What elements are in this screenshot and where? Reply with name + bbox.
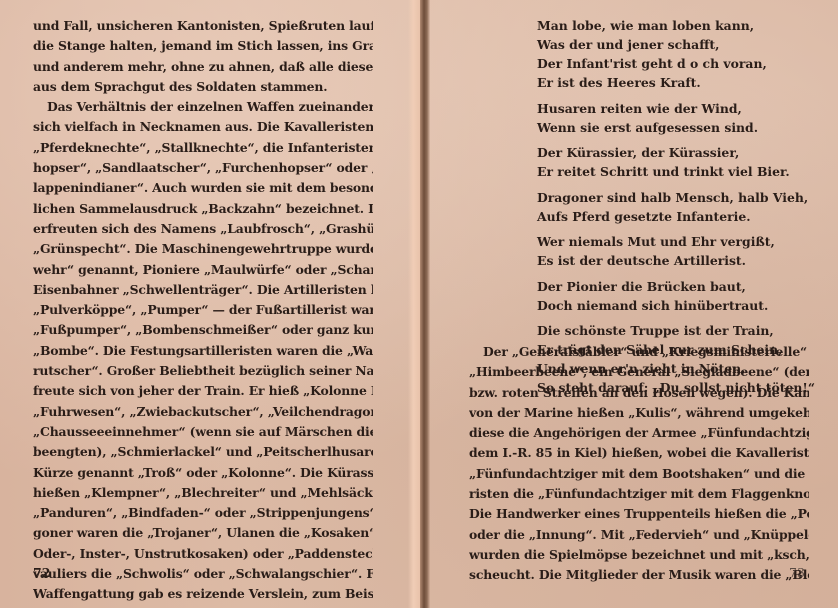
text-line: diese die Angehörigen der Armee „Fünfund… <box>469 423 809 443</box>
book-spine-shadow <box>420 0 430 608</box>
text-line: „Bombe“. Die Festungsartilleristen waren… <box>33 341 373 361</box>
text-line: von der Marine hießen „Kulis“, während u… <box>469 403 809 423</box>
stanza-artillery: Wer niemals Mut und Ehr vergißt, Es ist … <box>537 232 817 270</box>
text-line: hopser“, „Sandlaatscher“, „Furchenhopser… <box>33 158 373 178</box>
paragraph-start-line: Das Verhältnis der einzelnen Waffen zuei… <box>33 97 373 117</box>
verse-line: Wer niemals Mut und Ehr vergißt, <box>537 232 817 251</box>
verse-line: Aufs Pferd gesetzte Infanterie. <box>537 207 817 226</box>
left-page-body: und Fall, unsicheren Kantonisten, Spießr… <box>33 16 373 605</box>
text-line: Kürze genannt „Troß“ oder „Kolonne“. Die… <box>33 463 373 483</box>
text-line: aus dem Sprachgut des Soldaten stammen. <box>33 77 373 97</box>
book-gutter-highlight <box>408 0 420 608</box>
stanza-cuirassiers: Der Kürassier, der Kürassier, Er reitet … <box>537 143 817 181</box>
text-line: „Grünspecht“. Die Maschinengewehrtruppe … <box>33 239 373 259</box>
text-line: bzw. roten Streifen an den Hosen wegen).… <box>469 383 809 403</box>
verse-line: Was der und jener schafft, <box>537 35 817 54</box>
text-line: wurden die Spielmöpse bezeichnet und mit… <box>469 545 809 565</box>
verse-line: Die schönste Truppe ist der Train, <box>537 321 817 340</box>
verse-line: Er reitet Schritt und trinkt viel Bier. <box>537 162 817 181</box>
right-page-body: Der „Generalstäbler“ und „Kriegsminister… <box>469 342 809 586</box>
verse-line: Husaren reiten wie der Wind, <box>537 99 817 118</box>
text-line: beengten), „Schmierlackel“ und „Peitsche… <box>33 442 373 462</box>
text-line: und Fall, unsicheren Kantonisten, Spießr… <box>33 16 373 36</box>
text-line: Die Handwerker eines Truppenteils hießen… <box>469 504 809 524</box>
stanza-pioneers: Der Pionier die Brücken baut, Doch niema… <box>537 277 817 315</box>
text-line: „Chausseeeinnehmer“ (wenn sie auf Märsch… <box>33 422 373 442</box>
text-line: die Stange halten, jemand im Stich lasse… <box>33 36 373 56</box>
stanza-dragoons: Dragoner sind halb Mensch, halb Vieh, Au… <box>537 188 817 226</box>
text-line: „Pferdeknechte“, „Stallknechte“, die Inf… <box>33 138 373 158</box>
text-line: freute sich von jeher der Train. Er hieß… <box>33 381 373 401</box>
text-line: dem I.-R. 85 in Kiel) hießen, wobei die … <box>469 443 809 463</box>
page-number-left: 72 <box>33 565 50 580</box>
text-line: Oder-, Inster-, Unstrutkosaken) oder „Pa… <box>33 544 373 564</box>
text-line: „Fünfundachtziger mit dem Bootshaken“ un… <box>469 464 809 484</box>
text-line: „Himbeerbeene“, ein General „Siegladbeen… <box>469 362 809 382</box>
stanza-hussars: Husaren reiten wie der Wind, Wenn sie er… <box>537 99 817 137</box>
text-line: und anderem mehr, ohne zu ahnen, daß all… <box>33 57 373 77</box>
text-line: sich vielfach in Necknamen aus. Die Kava… <box>33 117 373 137</box>
paragraph-start-line: Der „Generalstäbler“ und „Kriegsminister… <box>469 342 809 362</box>
text-line: Waffengattung gab es reizende Verslein, … <box>33 584 373 604</box>
text-line: goner waren die „Trojaner“, Ulanen die „… <box>33 523 373 543</box>
text-line: oder die „Innung“. Mit „Federvieh“ und „… <box>469 525 809 545</box>
text-line: vauliers die „Schwolis“ oder „Schwalangs… <box>33 564 373 584</box>
text-line: „Fußpumper“, „Bombenschmeißer“ oder ganz… <box>33 320 373 340</box>
verse-line: Doch niemand sich hinübertraut. <box>537 296 817 315</box>
open-book-spread: und Fall, unsicheren Kantonisten, Spießr… <box>0 0 838 608</box>
verse-line: Wenn sie erst aufgesessen sind. <box>537 118 817 137</box>
verse-line: Der Kürassier, der Kürassier, <box>537 143 817 162</box>
text-line: „Pulverköppe“, „Pumper“ — der Fußartille… <box>33 300 373 320</box>
verse-line: Der Infant'rist geht d o ch voran, <box>537 54 817 73</box>
text-line: scheucht. Die Mitglieder der Musik waren… <box>469 565 809 585</box>
text-line: lichen Sammelausdruck „Backzahn“ bezeich… <box>33 199 373 219</box>
text-line: rutscher“. Großer Beliebtheit bezüglich … <box>33 361 373 381</box>
verse-line: Er ist des Heeres Kraft. <box>537 73 817 92</box>
text-line: Eisenbahner „Schwellenträger“. Die Artil… <box>33 280 373 300</box>
text-line: „Panduren“, „Bindfaden-“ oder „Strippenj… <box>33 503 373 523</box>
stanza-infantry: Man lobe, wie man loben kann, Was der un… <box>537 16 817 92</box>
text-line: hießen „Klempner“, „Blechreiter“ und „Me… <box>33 483 373 503</box>
text-line: „Fuhrwesen“, „Zwiebackutscher“, „Veilche… <box>33 402 373 422</box>
text-line: wehr“ genannt, Pioniere „Maulwürfe“ oder… <box>33 260 373 280</box>
verse-line: Der Pionier die Brücken baut, <box>537 277 817 296</box>
verse-line: Man lobe, wie man loben kann, <box>537 16 817 35</box>
page-number-right: 73 <box>789 565 805 580</box>
verse-line: Es ist der deutsche Artillerist. <box>537 251 817 270</box>
text-line: risten die „Fünfundachtziger mit dem Fla… <box>469 484 809 504</box>
text-line: lappenindianer“. Auch wurden sie mit dem… <box>33 178 373 198</box>
verse-line: Dragoner sind halb Mensch, halb Vieh, <box>537 188 817 207</box>
text-line: erfreuten sich des Namens „Laubfrosch“, … <box>33 219 373 239</box>
